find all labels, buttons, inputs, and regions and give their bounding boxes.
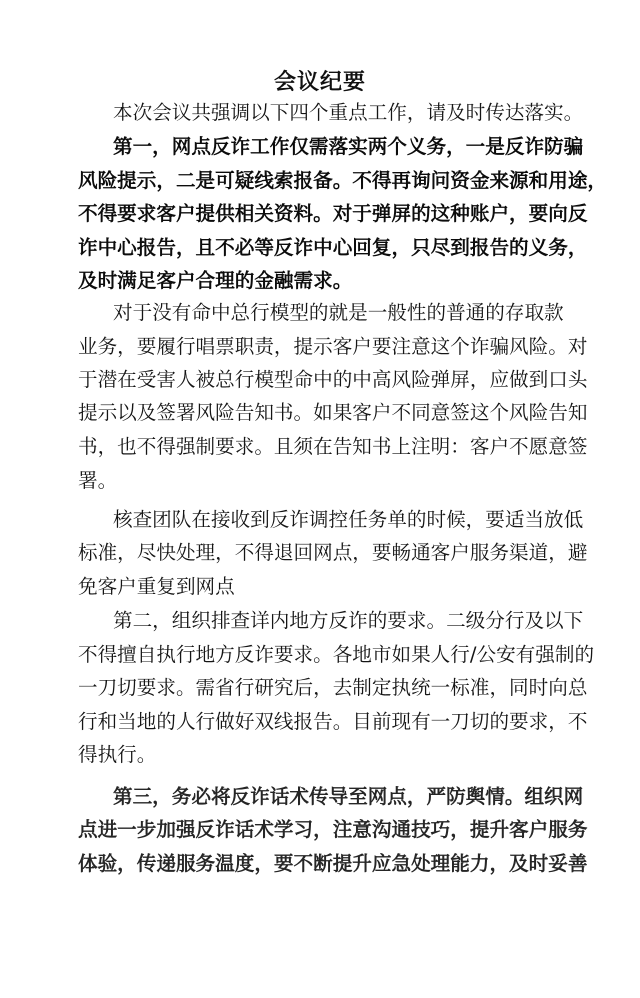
paragraph-line: 体验，传递服务温度，要不断提升应急处理能力，及时妥善	[78, 849, 556, 879]
document-page: 会议纪要 本次会议共强调以下四个重点工作，请及时传达落实。第一，网点反诈工作仅需…	[0, 0, 640, 998]
paragraph-first-line: 核查团队在接收到反诈调控任务单的时候，要适当放低	[113, 505, 556, 535]
paragraph-line: 于潜在受害人被总行模型命中的中高风险弹屏，应做到口头	[78, 365, 556, 395]
paragraph-line: 业务，要履行唱票职责，提示客户要注意这个诈骗风险。对	[78, 332, 556, 362]
paragraph-line: 不得擅自执行地方反诈要求。各地市如果人行/公安有强制的	[78, 640, 556, 670]
paragraph-line: 诈中心报告，且不必等反诈中心回复，只尽到报告的义务，	[78, 233, 556, 263]
paragraph-line: 及时满足客户合理的金融需求。	[78, 266, 556, 296]
paragraph-line: 一刀切要求。需省行研究后，去制定执统一标准，同时向总	[78, 673, 556, 703]
paragraph-first-line: 第一，网点反诈工作仅需落实两个义务，一是反诈防骗	[113, 132, 556, 162]
paragraph-line: 书，也不得强制要求。且须在告知书上注明：客户不愿意签	[78, 432, 556, 462]
paragraph-line: 免客户重复到网点	[78, 572, 556, 602]
paragraph-first-line: 本次会议共强调以下四个重点工作，请及时传达落实。	[113, 98, 556, 128]
document-title: 会议纪要	[0, 66, 640, 100]
paragraph-line: 标准，尽快处理，不得退回网点，要畅通客户服务渠道，避	[78, 538, 556, 568]
paragraph-line: 不得要求客户提供相关资料。对于弹屏的这种账户，要向反	[78, 199, 556, 229]
paragraph-first-line: 第二，组织排查详内地方反诈的要求。二级分行及以下	[113, 606, 556, 636]
paragraph-line: 风险提示，二是可疑线索报备。不得再询问资金来源和用途，	[78, 166, 556, 196]
paragraph-line: 行和当地的人行做好双线报告。目前现有一刀切的要求，不	[78, 707, 556, 737]
paragraph-first-line: 对于没有命中总行模型的就是一般性的普通的存取款	[113, 298, 556, 328]
paragraph-line: 得执行。	[78, 740, 556, 770]
paragraph-line: 点进一步加强反诈话术学习，注意沟通技巧，提升客户服务	[78, 815, 556, 845]
paragraph-line: 提示以及签署风险告知书。如果客户不同意签这个风险告知	[78, 398, 556, 428]
paragraph-line: 署。	[78, 466, 556, 496]
paragraph-first-line: 第三，务必将反诈话术传导至网点，严防舆情。组织网	[113, 782, 556, 812]
